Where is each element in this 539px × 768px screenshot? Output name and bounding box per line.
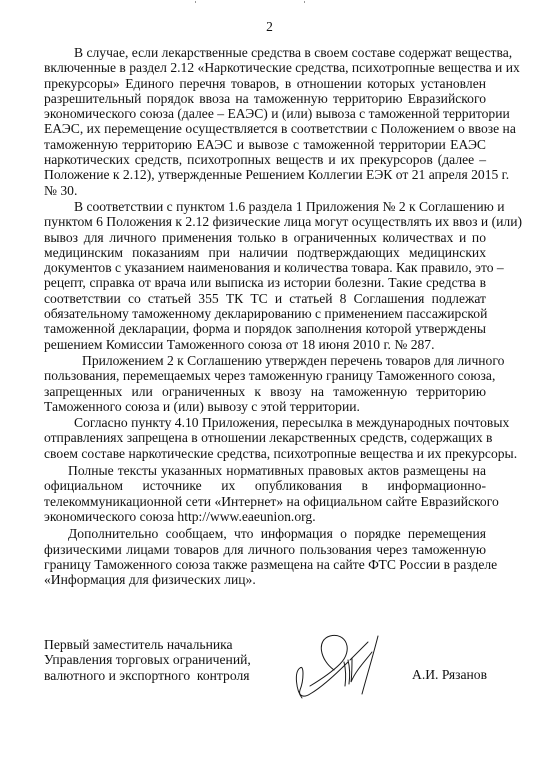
position-line: Управления торговых ограничений, bbox=[44, 652, 251, 667]
paragraph-6: Дополнительно сообщаем, что информация о… bbox=[44, 526, 486, 587]
text-line: прекурсоры» Единого перечня товаров, в о… bbox=[44, 76, 486, 91]
paragraph-3: Приложением 2 к Соглашению утвержден пер… bbox=[44, 353, 486, 414]
text-line: В соответствии с пунктом 1.6 раздела 1 П… bbox=[44, 199, 486, 214]
text-line: Приложением 2 к Соглашению утвержден пер… bbox=[44, 353, 486, 368]
text-line: Полные тексты указанных нормативных прав… bbox=[44, 463, 486, 478]
text-line: запрещенных или ограниченных к ввозу на … bbox=[44, 384, 486, 399]
document-body: В случае, если лекарственные средства в … bbox=[44, 45, 486, 587]
scan-speck bbox=[304, 1, 305, 3]
text-line: пунктом 6 Положения к 2.12 физические ли… bbox=[44, 214, 486, 229]
paragraph-4: Согласно пункту 4.10 Приложения, пересыл… bbox=[44, 415, 486, 461]
text-line: таможенную территорию ЕАЭС и вывозе с та… bbox=[44, 137, 486, 152]
text-line: Таможенного союза и (или) вывозу с этой … bbox=[44, 399, 486, 414]
text-line: документов с указанием наименования и ко… bbox=[44, 260, 486, 275]
text-line: Дополнительно сообщаем, что информация о… bbox=[44, 526, 486, 541]
paragraph-1: В случае, если лекарственные средства в … bbox=[44, 45, 486, 198]
position-line: валютного и экспортного контроля bbox=[44, 668, 251, 683]
text-line: медицинским показаниям при наличии подтв… bbox=[44, 245, 486, 260]
paragraph-5: Полные тексты указанных нормативных прав… bbox=[44, 463, 486, 524]
text-line: ЕАЭС, их перемещение осуществляется в со… bbox=[44, 121, 486, 136]
handwritten-signature-icon bbox=[290, 630, 390, 700]
text-line: Согласно пункту 4.10 Приложения, пересыл… bbox=[44, 415, 486, 430]
text-line: вывоз для личного применения только в ог… bbox=[44, 230, 486, 245]
text-line: пользования, перемещаемых через таможенн… bbox=[44, 368, 486, 383]
text-line: рецепт, справка от врача или выписка из … bbox=[44, 275, 486, 290]
text-line: разрешительный порядок ввоза на таможенн… bbox=[44, 91, 486, 106]
page-number: 2 bbox=[0, 19, 539, 35]
text-line: «Информация для физических лиц». bbox=[44, 572, 486, 587]
text-line: наркотических средств, психотропных веще… bbox=[44, 152, 486, 167]
text-line: своем составе наркотические средства, пс… bbox=[44, 446, 486, 461]
text-line: границу Таможенного союза также размещен… bbox=[44, 557, 486, 572]
signatory-name: А.И. Рязанов bbox=[412, 667, 487, 683]
text-line: таможенной декларации, форма и порядок з… bbox=[44, 321, 486, 336]
text-line: обязательному таможенному декларированию… bbox=[44, 306, 486, 321]
text-line: включенные в раздел 2.12 «Наркотические … bbox=[44, 60, 486, 75]
paragraph-2: В соответствии с пунктом 1.6 раздела 1 П… bbox=[44, 199, 486, 352]
text-line: физическими лицами товаров для личного п… bbox=[44, 542, 486, 557]
text-line: экономического союза (далее – ЕАЭС) и (и… bbox=[44, 106, 486, 121]
text-line: соответствии со статьей 355 ТК ТС и стат… bbox=[44, 291, 486, 306]
text-line: решением Комиссии Таможенного союза от 1… bbox=[44, 337, 486, 352]
text-line: В случае, если лекарственные средства в … bbox=[44, 45, 486, 60]
position-line: Первый заместитель начальника bbox=[44, 637, 251, 652]
scan-speck bbox=[195, 1, 196, 3]
text-line: отправлениях запрещена в отношении лекар… bbox=[44, 430, 486, 445]
text-line: телекоммуникационной сети «Интернет» на … bbox=[44, 494, 486, 509]
text-line: № 30. bbox=[44, 183, 486, 198]
text-line: экономического союза http://www.eaeunion… bbox=[44, 509, 486, 524]
signatory-position: Первый заместитель начальника Управления… bbox=[44, 637, 251, 683]
text-line: Положение к 2.12), утвержденные Решением… bbox=[44, 167, 486, 182]
text-line: официальном источнике их опубликования в… bbox=[44, 478, 486, 493]
